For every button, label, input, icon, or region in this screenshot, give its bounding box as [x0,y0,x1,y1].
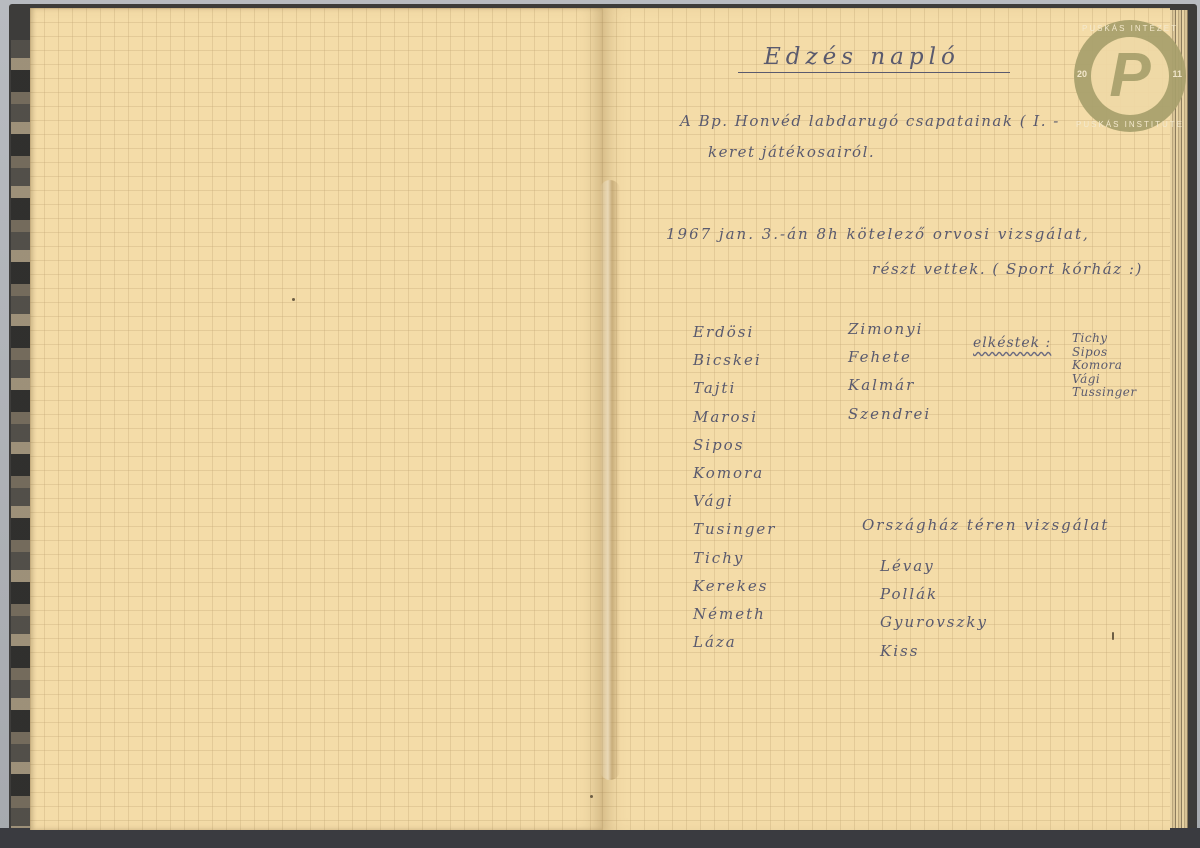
paper-speck [590,795,593,798]
list-item: Németh [693,600,776,628]
attendees-column-1: Erdösi Bicskei Tajti Marosi Sipos Komora… [693,318,776,656]
list-item: Fehete [848,343,931,371]
exam-line-2: részt vettek. ( Sport kórház :) [872,260,1143,278]
scan-bottom-band [0,828,1200,848]
page-title: Edzés napló [764,44,960,70]
title-underline [738,72,1010,73]
list-item: Tusinger [693,515,776,543]
list-item: Kalmár [848,371,931,399]
list-item: Lévay [880,552,988,580]
stamp-bottom-text: PUSKÁS INSTITUTE [1074,120,1186,129]
stamp-top-text: PUSKÁS INTÉZET [1074,24,1186,33]
stamp-letter: P [1091,41,1169,111]
list-item: Tussinger [1072,386,1137,400]
list-item: Komora [1072,359,1137,373]
list-item: Sipos [1072,346,1137,360]
stamp-inner-circle: P [1091,37,1169,115]
list-item: Erdösi [693,318,776,346]
list-item: Tajti [693,374,776,402]
attendees-column-2: Zimonyi Fehete Kalmár Szendrei [848,315,931,428]
list-item: Sipos [693,431,776,459]
page-stack-edge [1170,10,1188,828]
parliament-exam-list: Lévay Pollák Gyurovszky Kiss [880,552,988,665]
gutter-torn-edge [600,180,620,780]
late-label: elkéstek : [973,335,1051,351]
subtitle-line-2: keret játékosairól. [708,143,875,161]
list-item: Komora [693,459,776,487]
stamp-year-right: 11 [1172,69,1182,79]
list-item: Tichy [1072,332,1137,346]
list-item: Vági [1072,373,1137,387]
list-item: Zimonyi [848,315,931,343]
list-item: Bicskei [693,346,776,374]
list-item: Láza [693,628,776,656]
stamp-year-left: 20 [1077,69,1087,79]
ink-mark [1112,632,1114,640]
left-page [30,8,602,830]
exam-line-1: 1967 jan. 3.-án 8h kötelező orvosi vizsg… [666,225,1090,243]
list-item: Tichy [693,544,776,572]
list-item: Szendrei [848,400,931,428]
paper-speck [292,298,295,301]
list-item: Kiss [880,637,988,665]
puskas-institute-stamp: PUSKÁS INTÉZET P 20 11 PUSKÁS INSTITUTE [1074,20,1186,132]
list-item: Marosi [693,403,776,431]
cover-marbled-edge [11,40,31,830]
list-item: Kerekes [693,572,776,600]
list-item: Pollák [880,580,988,608]
list-item: Gyurovszky [880,608,988,636]
parliament-exam-heading: Országház téren vizsgálat [862,516,1109,534]
list-item: Vági [693,487,776,515]
subtitle-line-1: A Bp. Honvéd labdarugó csapatainak ( I. … [680,112,1060,130]
late-list: Tichy Sipos Komora Vági Tussinger [1072,332,1137,400]
